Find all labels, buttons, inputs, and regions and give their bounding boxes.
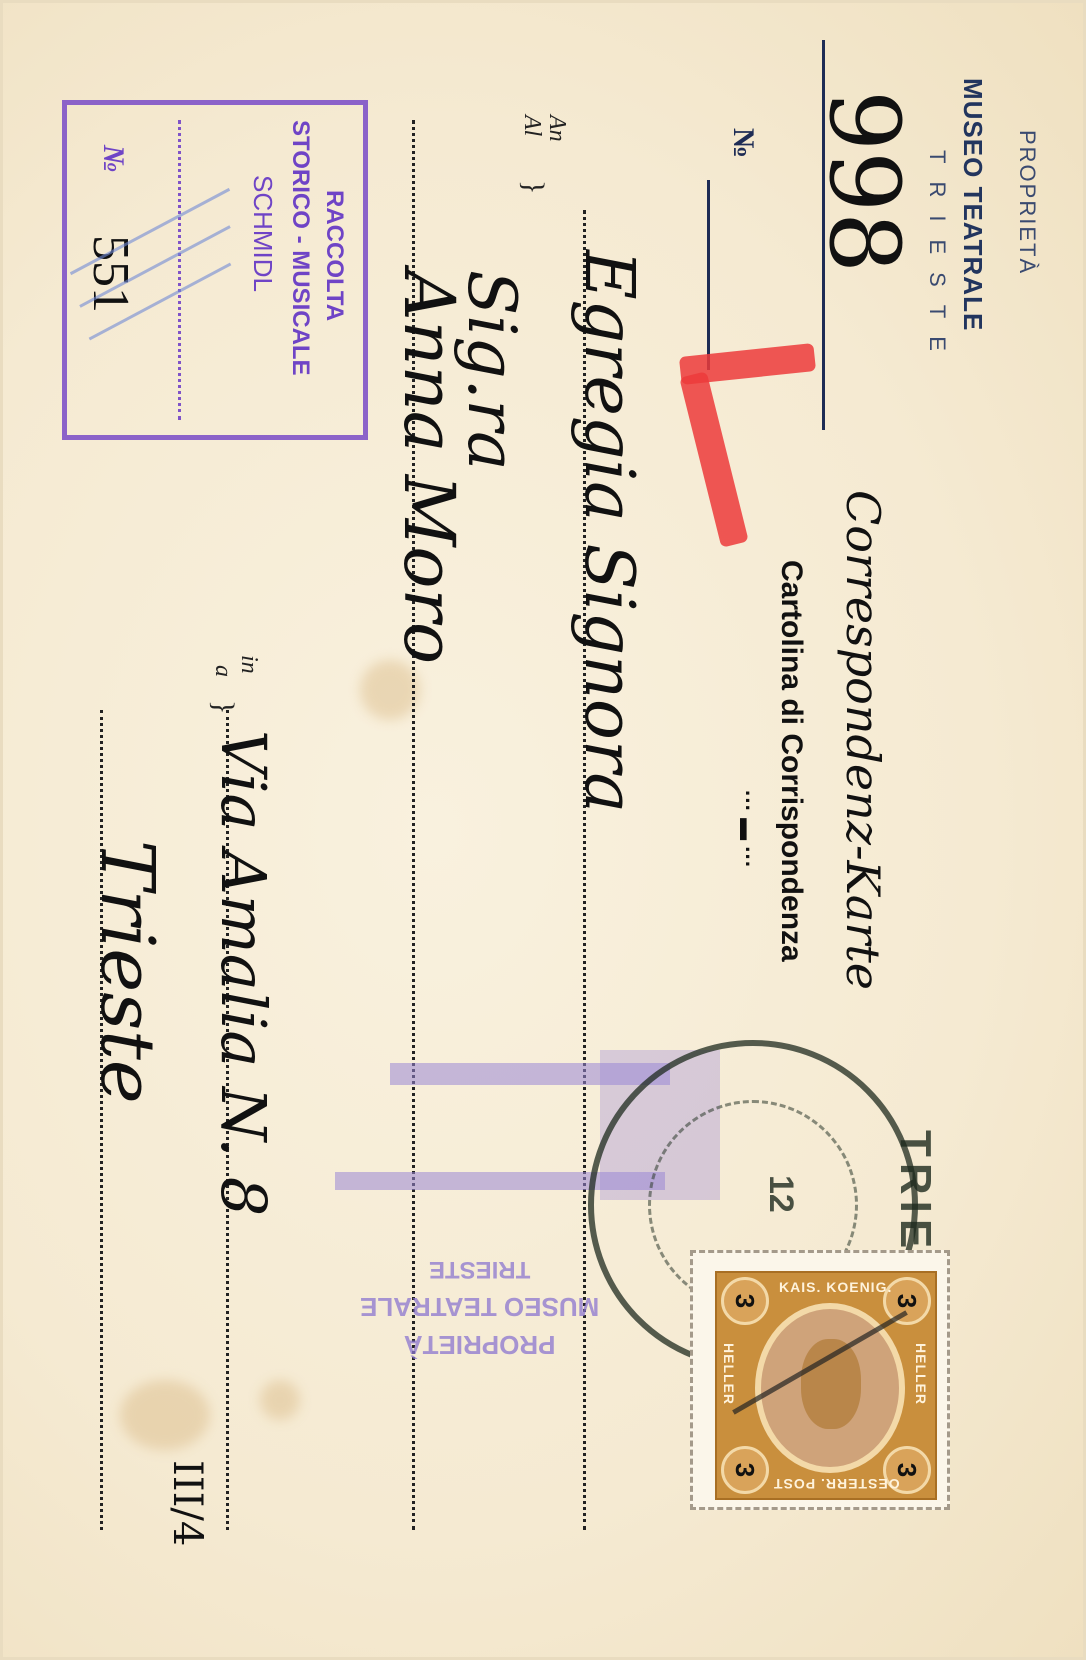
postage-stamp-design: 3 3 3 3 KAIS. KOENIG. OESTERR. POST HELL… (715, 1271, 937, 1500)
title-script: Correspondenz-Karte (836, 490, 890, 990)
label-al: Al (518, 115, 545, 136)
collection-stamp-line (178, 120, 181, 420)
stamp-value-corner: 3 (721, 1277, 769, 1325)
ghost-line3: TRIESTE (360, 1250, 599, 1288)
postage-stamp: 3 3 3 3 KAIS. KOENIG. OESTERR. POST HELL… (690, 1250, 950, 1510)
title-italian: Cartolina di Corrispondenza (774, 560, 808, 962)
collection-stamp-line2: STORICO - MUSICALE (286, 120, 314, 376)
ghost-line2: MUSEO TEATRALE (360, 1288, 599, 1326)
number-rule (707, 180, 710, 370)
margin-note: III/4 (164, 1460, 210, 1546)
postcard: PROPRIETÀ MUSEO TEATRALE TRIESTE 998 № C… (0, 0, 1086, 1660)
header-rule (822, 40, 825, 430)
address-line1-text: Egregia Signora (569, 250, 648, 813)
address-line-4 (100, 710, 103, 1530)
ghost-line1: PROPRIETÀ (360, 1326, 599, 1364)
collection-number-label: № (96, 145, 130, 172)
header-stamp-trieste: TRIESTE (924, 150, 950, 369)
label-an: An (543, 115, 570, 142)
dash-mark: ··· ▬ ··· (734, 790, 760, 868)
stain (260, 1380, 300, 1420)
stain (360, 660, 420, 720)
stamp-value-corner: 3 (721, 1446, 769, 1494)
stamp-top-text: KAIS. KOENIG. (779, 1279, 892, 1295)
stamp-right-text: HELLER (913, 1343, 929, 1405)
stain (120, 1380, 210, 1450)
brace-to: } (516, 180, 550, 194)
address-line5-text: Trieste (84, 840, 170, 1104)
postmark-date: 12 (761, 1175, 800, 1213)
collection-stamp-line3: SCHMIDL (247, 175, 278, 292)
header-stamp-museo: MUSEO TEATRALE (957, 78, 988, 331)
label-a: a (209, 665, 236, 677)
address-line3-text: Anna Moro (388, 270, 470, 664)
stamp-left-text: HELLER (721, 1343, 737, 1405)
address-line4-text: Via Amalia N. 8 (207, 730, 280, 1216)
collection-stamp-line1: RACCOLTA (320, 190, 348, 321)
number-label: № (726, 128, 760, 158)
stamp-bottom-text: OESTERR. POST (773, 1476, 900, 1492)
brace-in: } (206, 700, 240, 714)
ghost-stamp-text: PROPRIETÀ MUSEO TEATRALE TRIESTE (360, 1250, 599, 1364)
label-in: in (235, 655, 262, 674)
header-stamp-proprieta: PROPRIETÀ (1014, 130, 1040, 275)
